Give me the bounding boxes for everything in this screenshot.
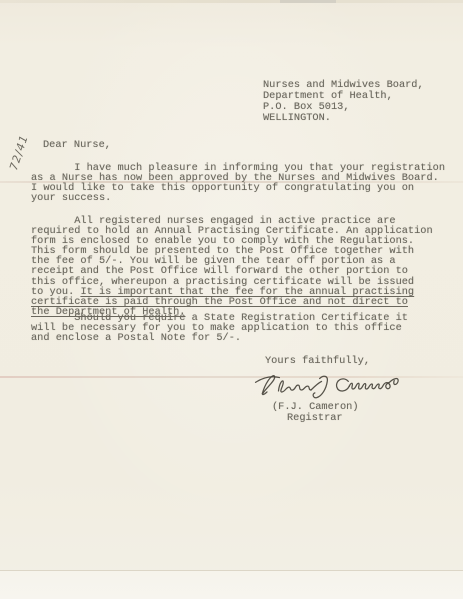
closing-valediction: Yours faithfully, [265, 356, 370, 366]
paragraph-practising-certificate: All registered nurses engaged in active … [31, 216, 433, 317]
paragraph-state-registration: Should you require a State Registration … [31, 313, 408, 343]
letterhead-line: WELLINGTON. [263, 113, 424, 124]
letterhead-address: Nurses and Midwives Board,Department of … [263, 80, 424, 124]
typed-line: your success. [31, 193, 445, 203]
handwritten-margin-note: 72/41 [6, 129, 33, 177]
typed-text: your success. [31, 192, 111, 204]
scanner-background [0, 571, 463, 599]
salutation: Dear Nurse, [43, 140, 111, 150]
scan-top-edge [0, 0, 463, 3]
typed-signatory-name: (F.J. Cameron) [272, 402, 359, 412]
scan-smudge [280, 0, 336, 3]
typed-line: and enclose a Postal Note for 5/-. [31, 333, 408, 343]
typed-signatory-title: Registrar [287, 413, 343, 423]
letter-page: 72/41 Nurses and Midwives Board,Departme… [0, 0, 463, 599]
typed-text: and enclose a Postal Note for 5/-. [31, 332, 241, 344]
paragraph-registration-approved: I have much pleasure in informing you th… [31, 163, 445, 203]
